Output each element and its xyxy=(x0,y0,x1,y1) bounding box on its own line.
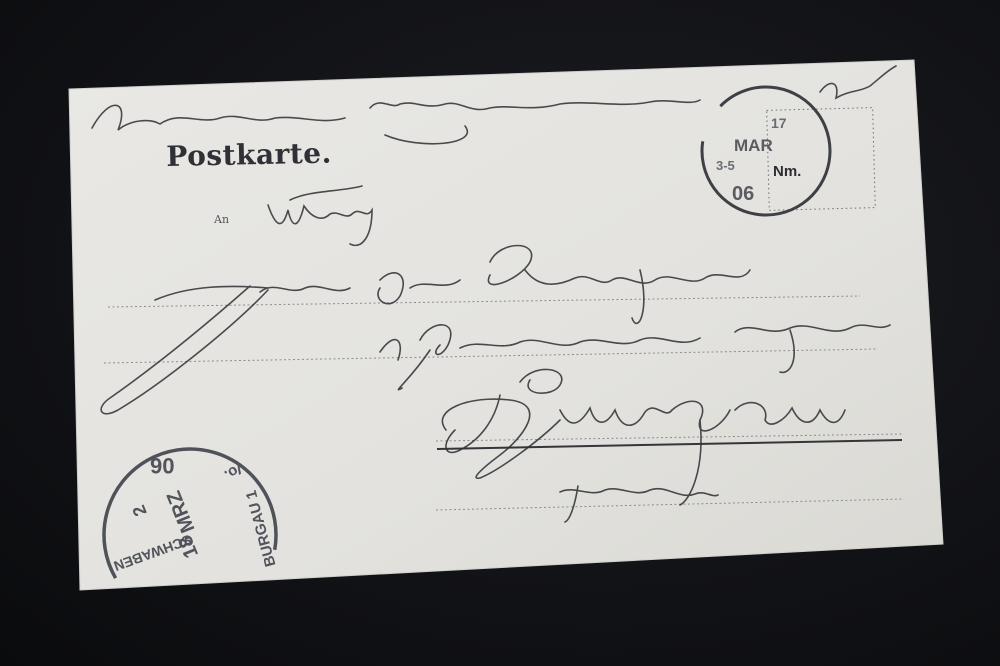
postmark-bottom-left-year: 06 xyxy=(150,452,174,478)
photo-scene: Postkarte. An 17 MAR 3-5 Nm. 06 06 Vo. M… xyxy=(0,0,1000,666)
postcard: Postkarte. An 17 MAR 3-5 Nm. 06 06 Vo. M… xyxy=(0,0,1000,666)
postmark-top-right-period: Nm. xyxy=(773,163,801,180)
postmark-top-right-month: MAR xyxy=(734,136,773,156)
postmark-top-right-day: 17 xyxy=(771,115,787,131)
address-prefix-label: An xyxy=(214,213,229,226)
printed-postkarte-title: Postkarte. xyxy=(166,137,332,173)
postmark-top-right-time: 3-5 xyxy=(716,158,735,173)
postmark-top-right-year: 06 xyxy=(732,183,754,206)
